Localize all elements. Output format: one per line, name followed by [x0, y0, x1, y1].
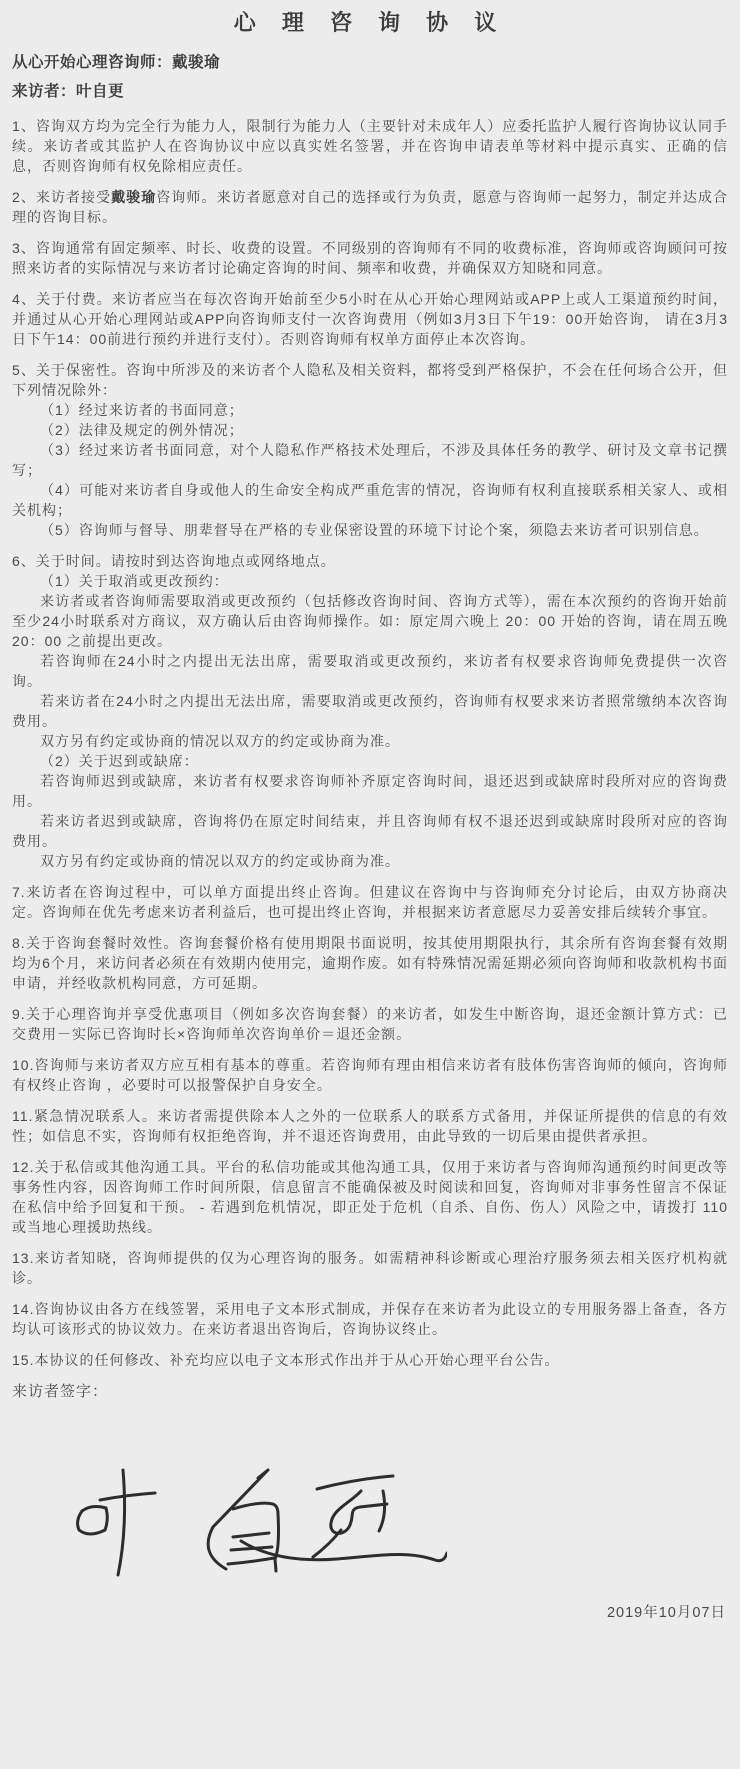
clause-3: 3、咨询通常有固定频率、时长、收费的设置。不同级别的咨询师有不同的收费标准，咨询… — [12, 238, 728, 278]
clause-11: 11.紧急情况联系人。来访者需提供除本人之外的一位联系人的联系方式备用，并保证所… — [12, 1106, 728, 1146]
clause-6-item-7: 若咨询师迟到或缺席，来访者有权要求咨询师补齐原定咨询时间，退还迟到或缺席时段所对… — [12, 771, 728, 811]
clause-5-item-4: （4）可能对来访者自身或他人的生命安全构成严重危害的情况，咨询师有权利直接联系相… — [12, 480, 728, 520]
clause-15: 15.本协议的任何修改、补充均应以电子文本形式作出并于从心开始心理平台公告。 — [12, 1350, 728, 1370]
visitor-label: 来访者： — [12, 83, 76, 100]
signature-label: 来访者签字： — [12, 1381, 728, 1402]
counselor-line: 从心开始心理咨询师：戴骏瑜 — [12, 53, 728, 72]
clause-6-item-2: 来访者或者咨询师需要取消或更改预约（包括修改咨询时间、咨询方式等），需在本次预约… — [12, 591, 728, 651]
clause-6-item-8: 若来访者迟到或缺席，咨询将仍在原定时间结束，并且咨询师有权不退还迟到或缺席时段所… — [12, 811, 728, 851]
clause-6-item-1: （1）关于取消或更改预约： — [12, 571, 728, 591]
page-title: 心 理 咨 询 协 议 — [12, 8, 728, 38]
clause-6-item-3: 若咨询师在24小时之内提出无法出席，需要取消或更改预约，来访者有权要求咨询师免费… — [12, 651, 728, 691]
clause-7: 7.来访者在咨询过程中，可以单方面提出终止咨询。但建议在咨询中与咨询师充分讨论后… — [12, 882, 728, 922]
counselor-name: 戴骏瑜 — [172, 54, 220, 71]
clause-5-item-1: （1）经过来访者的书面同意； — [12, 400, 728, 420]
clause-5-item-5: （5）咨询师与督导、朋辈督导在严格的专业保密设置的环境下讨论个案，须隐去来访者可… — [12, 520, 728, 540]
agreement-document: { "colors": { "background": "#ececec", "… — [0, 0, 740, 1769]
signing-date: 2019年10月07日 — [12, 1603, 726, 1623]
clause-2: 2、来访者接受戴骏瑜咨询师。来访者愿意对自己的选择或行为负责，愿意与咨询师一起努… — [12, 187, 728, 227]
clause-4: 4、关于付费。来访者应当在每次咨询开始前至少5小时在从心开始心理网站或APP上或… — [12, 289, 728, 349]
clause-8: 8.关于咨询套餐时效性。咨询套餐价格有使用期限书面说明，按其使用期限执行，其余所… — [12, 933, 728, 993]
clause-6-item-6: （2）关于迟到或缺席： — [12, 751, 728, 771]
signature-drawing-ye-zi-geng — [45, 1451, 447, 1591]
clause-12: 12.关于私信或其他沟通工具。平台的私信功能或其他沟通工具，仅用于来访者与咨询师… — [12, 1157, 728, 1237]
clause-2-counselor-name: 戴骏瑜 — [111, 189, 156, 205]
clause-5-intro: 5、关于保密性。咨询中所涉及的来访者个人隐私及相关资料，都将受到严格保护，不会在… — [12, 360, 728, 400]
visitor-name: 叶自更 — [76, 83, 124, 100]
clause-5-item-3: （3）经过来访者书面同意，对个人隐私作严格技术处理后，不涉及具体任务的教学、研讨… — [12, 440, 728, 480]
clause-5-item-2: （2）法律及规定的例外情况； — [12, 420, 728, 440]
clause-10: 10.咨询师与来访者双方应互相有基本的尊重。若咨询师有理由相信来访者有肢体伤害咨… — [12, 1055, 728, 1095]
clause-2-prefix: 2、来访者接受 — [12, 189, 111, 205]
counselor-label: 从心开始心理咨询师： — [12, 54, 172, 71]
clause-1: 1、咨询双方均为完全行为能力人，限制行为能力人（主要针对未成年人）应委托监护人履… — [12, 116, 728, 176]
clause-14: 14.咨询协议由各方在线签署，采用电子文本形式制成，并保存在来访者为此设立的专用… — [12, 1299, 728, 1339]
visitor-line: 来访者：叶自更 — [12, 82, 728, 101]
visitor-signature — [45, 1451, 447, 1591]
clause-6-item-5: 双方另有约定或协商的情况以双方的约定或协商为准。 — [12, 731, 728, 751]
clause-6-intro: 6、关于时间。请按时到达咨询地点或网络地点。 — [12, 551, 728, 571]
clause-6-item-9: 双方另有约定或协商的情况以双方的约定或协商为准。 — [12, 851, 728, 871]
clause-13: 13.来访者知晓，咨询师提供的仅为心理咨询的服务。如需精神科诊断或心理治疗服务须… — [12, 1248, 728, 1288]
clause-9: 9.关于心理咨询并享受优惠项目（例如多次咨询套餐）的来访者，如发生中断咨询，退还… — [12, 1004, 728, 1044]
clause-6-item-4: 若来访者在24小时之内提出无法出席，需要取消或更改预约，咨询师有权要求来访者照常… — [12, 691, 728, 731]
